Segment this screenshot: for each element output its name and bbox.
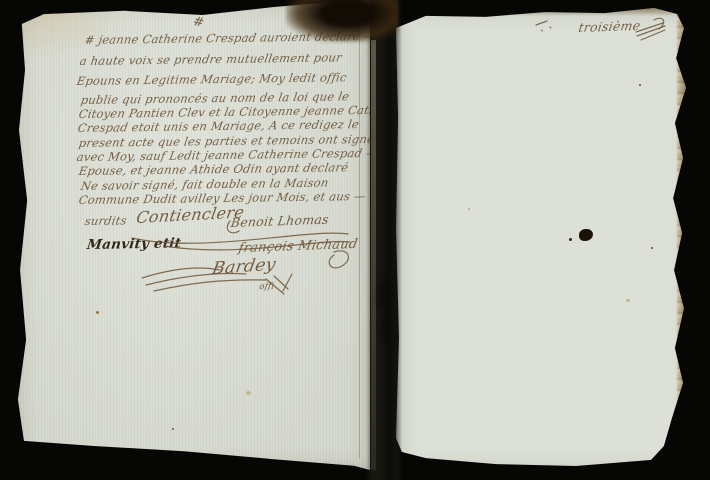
continuation-word: surdits [84,213,128,228]
spine-page-edge [371,40,376,470]
ink-speck [468,208,470,210]
stain-spot [246,391,251,395]
right-page-bottom-edge [396,466,694,472]
right-page: troisième [396,8,694,472]
manuscript-line: Epouns en Legitime Mariage; Moy ledit of… [76,70,348,88]
signature-officer: Bardey [210,255,277,279]
signature-groom: Contienclere [135,202,246,227]
bardey-flourish [154,280,266,291]
signature-spouse-mark: Manvity etit [86,235,182,253]
left-page-corner-discoloration [14,0,134,60]
gutter-dark-blob [378,282,388,308]
signature-witness-1: Benoit Lhomas [230,212,330,230]
folio-paraph [654,18,664,29]
stain-spot [626,299,630,302]
bardey-flourish [142,268,220,278]
ink-speck [569,238,572,241]
right-page-top-edge [396,8,694,16]
right-page-torn-edge [677,8,694,472]
left-page: # # jeanne Catherine Crespad auroient de… [14,0,370,470]
signature-witness-2: françois Michaud [237,237,358,256]
gutter-dark-blob [382,316,392,342]
michaud-loop-flourish [329,251,348,268]
manuscript-scan: # # jeanne Catherine Crespad auroient de… [0,0,710,480]
signature-officer-note: offi [258,282,275,292]
folio-word: troisième [577,18,641,35]
pen-mark [536,21,551,31]
ink-speck [651,247,653,249]
ink-blot [579,229,593,241]
ink-speck [96,311,99,314]
left-page-crease-line [359,22,360,458]
ink-speck [639,84,641,86]
ink-speck [172,428,174,430]
insert-mark: # [191,14,205,31]
manuscript-line: a haute voix se prendre mutuellement pou… [79,50,343,68]
right-page-pen-marks [396,8,694,472]
burnt-patch [286,0,398,42]
